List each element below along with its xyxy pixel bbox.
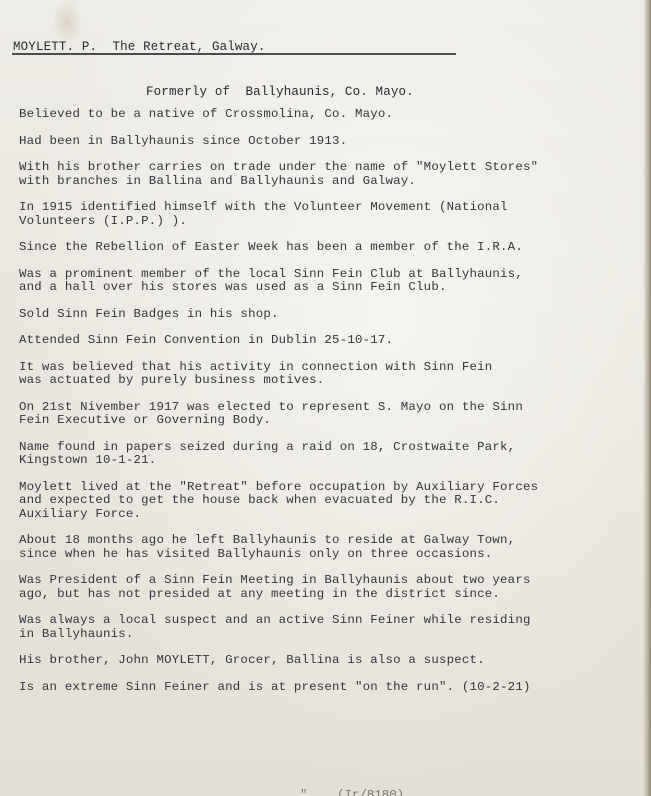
paragraph-line: In 1915 identified himself with the Volu… — [19, 201, 651, 215]
paragraph: It was believed that his activity in con… — [19, 361, 651, 388]
paragraph: Sold Sinn Fein Badges in his shop. — [19, 308, 651, 322]
paragraph-line: About 18 months ago he left Ballyhaunis … — [19, 534, 651, 548]
paragraph: Was President of a Sinn Fein Meeting in … — [19, 574, 651, 601]
paragraph-line: Was a prominent member of the local Sinn… — [19, 268, 651, 282]
current-address: The Retreat, Galway. — [112, 40, 265, 54]
paragraph: With his brother carries on trade under … — [19, 161, 651, 188]
paragraph-line: Is an extreme Sinn Feiner and is at pres… — [19, 681, 651, 695]
paragraph-line: It was believed that his activity in con… — [19, 361, 651, 375]
paragraph-line: ago, but has not presided at any meeting… — [19, 588, 651, 602]
paragraph: Is an extreme Sinn Feiner and is at pres… — [19, 681, 651, 695]
paragraph: Was a prominent member of the local Sinn… — [19, 268, 651, 295]
document-body: Believed to be a native of Crossmolina, … — [19, 95, 651, 694]
subject-name: MOYLETT. P. — [13, 40, 97, 54]
paragraph-line: Kingstown 10-1-21. — [19, 454, 651, 468]
paragraph: Since the Rebellion of Easter Week has b… — [19, 241, 651, 255]
paragraph-line: and expected to get the house back when … — [19, 494, 651, 508]
paragraph-line: His brother, John MOYLETT, Grocer, Balli… — [19, 654, 651, 668]
paragraph: In 1915 identified himself with the Volu… — [19, 201, 651, 228]
paragraph: Believed to be a native of Crossmolina, … — [19, 108, 651, 122]
paragraph-line: Believed to be a native of Crossmolina, … — [19, 108, 651, 122]
paragraph-line: Moylett lived at the "Retreat" before oc… — [19, 481, 651, 495]
paragraph-line: in Ballyhaunis. — [19, 628, 651, 642]
paragraph-line: Auxiliary Force. — [19, 508, 651, 522]
paragraph: His brother, John MOYLETT, Grocer, Balli… — [19, 654, 651, 668]
paragraph: Name found in papers seized during a rai… — [19, 441, 651, 468]
paragraph-line: Was President of a Sinn Fein Meeting in … — [19, 574, 651, 588]
paragraph: Attended Sinn Fein Convention in Dublin … — [19, 334, 651, 348]
paragraph: About 18 months ago he left Ballyhaunis … — [19, 534, 651, 561]
paragraph-line: Name found in papers seized during a rai… — [19, 441, 651, 455]
paragraph-line: and a hall over his stores was used as a… — [19, 281, 651, 295]
cutoff-line: " (Ir/8180) — [300, 788, 404, 796]
paragraph-line: since when he has visited Ballyhaunis on… — [19, 548, 651, 562]
paragraph: On 21st Nivember 1917 was elected to rep… — [19, 401, 651, 428]
paragraph: Was always a local suspect and an active… — [19, 614, 651, 641]
paragraph-line: Had been in Ballyhaunis since October 19… — [19, 135, 651, 149]
paragraph-line: With his brother carries on trade under … — [19, 161, 651, 175]
paragraph-line: Fein Executive or Governing Body. — [19, 414, 651, 428]
paragraph-line: Was always a local suspect and an active… — [19, 614, 651, 628]
paragraph-line: Since the Rebellion of Easter Week has b… — [19, 241, 651, 255]
paragraph-line: was actuated by purely business motives. — [19, 374, 651, 388]
paragraph: Had been in Ballyhaunis since October 19… — [19, 135, 651, 149]
paragraph-line: with branches in Ballina and Ballyhaunis… — [19, 175, 651, 189]
paragraph-line: Sold Sinn Fein Badges in his shop. — [19, 308, 651, 322]
paragraph-line: Volunteers (I.P.P.) ). — [19, 215, 651, 229]
header-underline — [12, 53, 456, 55]
paragraph-line: On 21st Nivember 1917 was elected to rep… — [19, 401, 651, 415]
typed-document-page: MOYLETT. P. The Retreat, Galway. Formerl… — [0, 0, 651, 796]
paragraph-line: Attended Sinn Fein Convention in Dublin … — [19, 334, 651, 348]
paragraph: Moylett lived at the "Retreat" before oc… — [19, 481, 651, 522]
